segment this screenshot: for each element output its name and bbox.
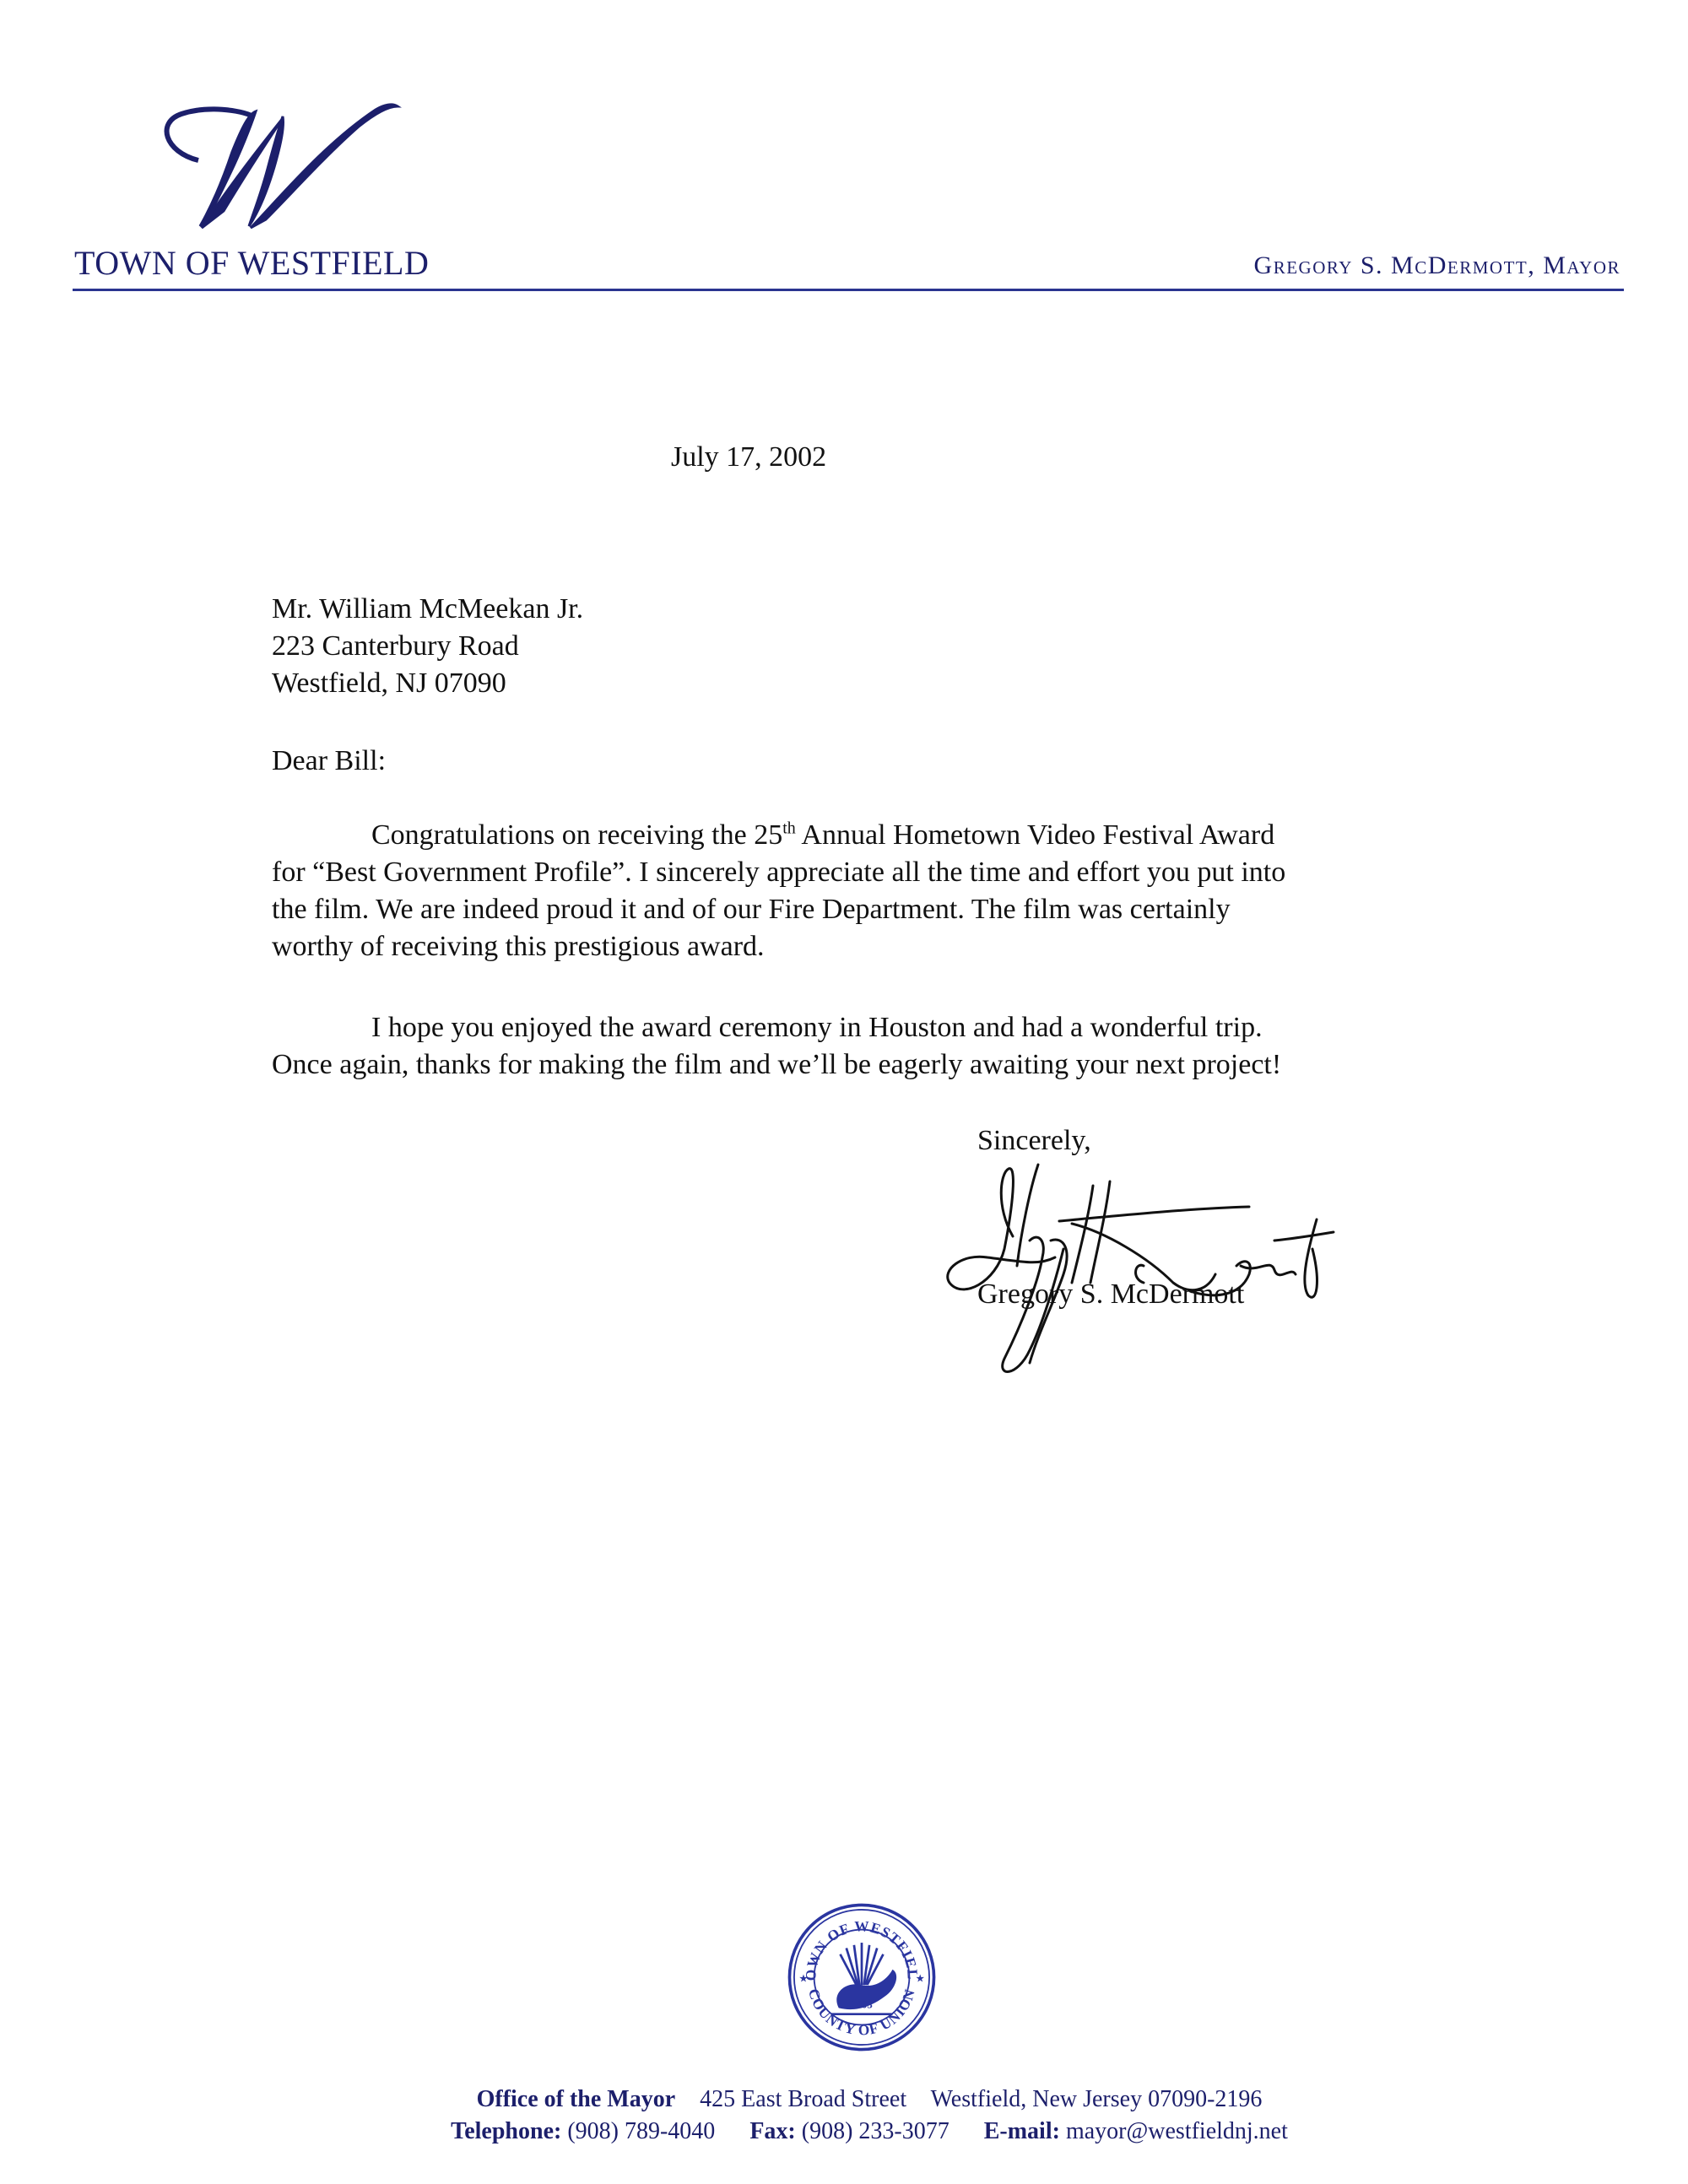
header-divider (73, 289, 1624, 291)
footer-contact-line: Telephone: (908) 789-4040 Fax: (908) 233… (25, 2118, 1688, 2145)
paragraph-1-line-3: the film. We are indeed proud it and of … (272, 891, 1470, 928)
svg-text:★: ★ (916, 1972, 925, 1984)
paragraph-1-line-1: Congratulations on receiving the 25th An… (272, 817, 1470, 854)
town-monogram-logo-icon (148, 93, 409, 236)
body-paragraph-1: Congratulations on receiving the 25th An… (272, 817, 1470, 965)
fax-number: (908) 233-3077 (802, 2118, 949, 2144)
office-street: 425 East Broad Street (700, 2086, 906, 2112)
paragraph-2-line-1: I hope you enjoyed the award ceremony in… (272, 1009, 1470, 1046)
email-label: E-mail: (984, 2118, 1060, 2144)
salutation: Dear Bill: (272, 743, 386, 780)
recipient-name: Mr. William McMeekan Jr. (272, 591, 583, 628)
footer-address-line: Office of the Mayor 425 East Broad Stree… (25, 2086, 1688, 2113)
email-address[interactable]: mayor@westfieldnj.net (1066, 2118, 1288, 2144)
fax-label: Fax: (749, 2118, 795, 2144)
recipient-address: Mr. William McMeekan Jr. 223 Canterbury … (272, 591, 583, 702)
recipient-street: 223 Canterbury Road (272, 628, 583, 665)
signer-name: Gregory S. McDermott (977, 1276, 1244, 1313)
svg-text:1903: 1903 (851, 1998, 872, 2010)
ordinal-suffix: th (782, 819, 796, 838)
paragraph-1-line-2: for “Best Government Profile”. I sincere… (272, 854, 1470, 891)
organization-name: TOWN OF WESTFIELD (74, 243, 429, 283)
letter-date: July 17, 2002 (671, 439, 826, 476)
text: Annual Hometown Video Festival Award (796, 819, 1274, 851)
mayor-name: Gregory S. McDermott, Mayor (1254, 251, 1620, 280)
closing: Sincerely, (977, 1122, 1091, 1160)
svg-text:★: ★ (798, 1972, 808, 1984)
recipient-city: Westfield, NJ 07090 (272, 665, 583, 702)
office-city: Westfield, New Jersey 07090-2196 (931, 2086, 1263, 2112)
paragraph-2-line-2: Once again, thanks for making the film a… (272, 1046, 1470, 1084)
town-seal-icon: TOWN OF WESTFIELD COUNTY OF UNION ★ ★ 19… (785, 1900, 939, 2054)
body-paragraph-2: I hope you enjoyed the award ceremony in… (272, 1009, 1470, 1084)
office-label: Office of the Mayor (477, 2086, 676, 2112)
telephone-number: (908) 789-4040 (567, 2118, 715, 2144)
telephone-label: Telephone: (451, 2118, 561, 2144)
paragraph-1-line-4: worthy of receiving this prestigious awa… (272, 928, 1470, 965)
signature-icon (937, 1156, 1443, 1384)
text: Congratulations on receiving the 25 (371, 819, 782, 851)
